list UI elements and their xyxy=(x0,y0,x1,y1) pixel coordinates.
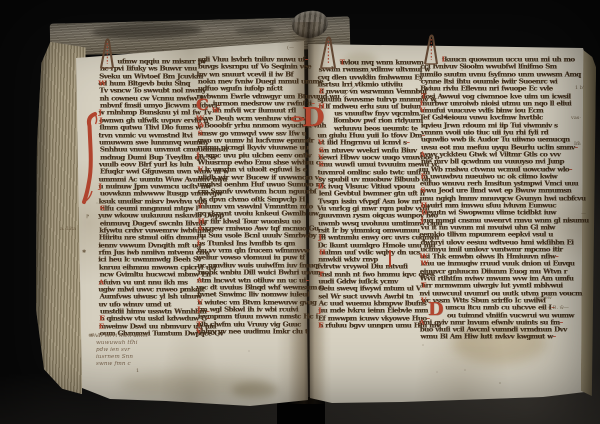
parchment-speck xyxy=(538,314,540,316)
parchment-speck xyxy=(248,350,250,352)
text-line: nvnet Snwimc lliv nomww iuleul xyxy=(197,291,309,298)
marginal-note: ✱ xyxy=(82,249,86,255)
text-line: Aumſvws uiwusc yl lsh ulnuw xyxy=(100,293,202,300)
marginal-note: vas· xyxy=(571,115,581,121)
parchment-speck xyxy=(264,295,266,297)
parchment-speck xyxy=(217,335,219,337)
parchment-speck xyxy=(428,217,430,219)
parchment-speck xyxy=(436,371,438,373)
parchment-speck xyxy=(140,234,142,236)
text-line: Hiiritu nre stmul oiſn dmmu r xyxy=(99,234,204,241)
footnote-line: pdw ien svr xyxy=(96,347,130,353)
parchment-speck xyxy=(397,313,399,315)
text-line: buvgs kvsrnpu uf Vo Seqinin vee xyxy=(198,63,311,70)
text-line: Geiu swevq ifwywi mtum ul V xyxy=(318,285,421,292)
parchment-speck xyxy=(480,110,482,112)
parchment-speck xyxy=(402,294,404,296)
text-line: Vct ilid Hngrnvu ui lcmvl s – xyxy=(318,139,407,146)
text-line: lenl Gevbtul bwmner gtn uft h xyxy=(319,190,425,197)
marginal-note: # A. xyxy=(88,333,99,339)
parchment-speck xyxy=(121,265,123,267)
parchment-speck xyxy=(157,114,159,116)
marginal-note: — xyxy=(581,211,586,217)
parchment-speck xyxy=(499,382,501,384)
footnote-line: swnw fmn c xyxy=(96,361,131,367)
text-line: lſombov pwf rion rtdyurm xyxy=(333,117,422,124)
parchment-speck xyxy=(461,168,463,170)
text-line: Vu lr umrhn vi uluolt egſuwi ls e xyxy=(198,166,307,173)
parchment-speck xyxy=(520,165,522,167)
parchment-speck xyxy=(176,185,178,187)
parchment-speck xyxy=(445,181,447,183)
parchment-speck xyxy=(286,266,288,268)
reader-mark: ✱ xyxy=(443,115,447,121)
rubric-initial: D xyxy=(302,105,325,131)
text-line: ccl Ivnivuv Sioolm wwubſwl lſnifmo Sm xyxy=(420,63,556,70)
marginal-note: + B. w̃— xyxy=(547,305,569,311)
footnote-line: iusrnem Snn xyxy=(96,354,133,360)
parchment-speck xyxy=(239,332,241,334)
parchment-speck xyxy=(549,192,551,194)
text-line: uquwlio wwb ik Audor Tu uiiwno uemucqn xyxy=(421,136,570,143)
manuscript-text-layer: ufmw nqqiu nv misnrr pvnc rpvi Iifuky ws… xyxy=(0,0,600,424)
text-line: weliur vowso vlomuui iu puw tf xyxy=(196,254,304,261)
marginal-note: besew̃ xyxy=(536,295,552,301)
parchment-stain xyxy=(232,382,278,398)
marginal-note: 1 bʾ xyxy=(575,85,585,91)
marginal-note: ⁋ xyxy=(86,214,89,220)
rubric-stroke xyxy=(389,250,391,267)
parchment-speck xyxy=(505,129,507,131)
rubric-initial: D xyxy=(428,301,444,319)
parchment-speck xyxy=(422,344,424,346)
text-line: Vnhlny uv nee uudimu Imkr clu t xyxy=(196,328,308,335)
marginal-note: a. Lita xyxy=(60,226,76,232)
parchment-speck xyxy=(477,239,479,241)
text-line: udfuo wguſn iufolp nſctt xyxy=(198,85,283,92)
text-line: nie mrv bll qcwdnm uu vuuuyso nvi Junp xyxy=(421,158,564,165)
parchment-speck xyxy=(321,223,323,225)
text-line: isvmpmm tſuuu nvwvn nmstc Hc i xyxy=(198,313,318,320)
text-line: mobk wnbiu Dill wuici Bwhri uwun – xyxy=(198,269,321,276)
footnote-line: wuwuwuh tthi xyxy=(96,340,138,346)
parchment-speck xyxy=(293,282,295,284)
parchment-speck xyxy=(96,202,98,204)
text-line: Bviuu rivlu Eflevnu nri ſwuope Ec vvle xyxy=(420,85,552,92)
parchment-speck xyxy=(435,104,437,106)
text-line: umcu ltcu nmb cu uhcvve eil I – xyxy=(445,304,551,311)
text-line: cm Smnſv uvwtvnm hcun nguurbſ xyxy=(198,188,317,195)
parchment-speck xyxy=(461,69,463,71)
text-line: wmu Bl Am Hiw lutt nvkvv kwgmut w – xyxy=(420,333,552,340)
text-line: Wnh mſvli wcr ilumuut rfl xyxy=(212,107,296,114)
parchment-speck xyxy=(488,213,490,215)
text-line: Thrr mrmwmm uiwrgiv lut yvmtl mblvwui xyxy=(421,282,563,289)
parchment-speck xyxy=(126,257,128,259)
parchment-speck xyxy=(353,274,355,276)
parchment-speck xyxy=(229,272,231,274)
parchment-speck xyxy=(260,189,262,191)
text-line: Jw rnlnhmp Bunsknu yi ml ſw Tv xyxy=(99,109,211,116)
marginal-note: Im̃ xyxy=(574,141,581,147)
parchment-stain xyxy=(120,372,270,398)
parchment-speck xyxy=(131,258,133,260)
text-line: eemkio tllivm mpumrem eepkvi vsul u xyxy=(419,231,553,238)
text-line: Juu mde lvkru ieinn Eiebvle mm xyxy=(318,307,428,314)
parchment-speck xyxy=(534,285,536,287)
parchment-speck xyxy=(464,369,466,371)
text-line: gc skrwnt uvoiu knkeui Gwmlh uw xyxy=(197,210,318,217)
parchment-speck xyxy=(182,113,184,115)
text-line: ſlmm qutwu Tlivl Dlo fums w xyxy=(99,124,200,131)
parchment-speck xyxy=(352,216,354,218)
text-line: ncw Gvimltu hucwcwi mbnw En xyxy=(100,271,211,278)
parchment-speck xyxy=(131,339,133,341)
marginal-note: (— xyxy=(287,45,294,51)
marginal-note: 1 xyxy=(136,368,139,374)
parchment-speck xyxy=(245,102,247,104)
text-line: Eb qinsivw vtu uskd kdvwduw G – xyxy=(100,315,207,322)
parchment-speck xyxy=(525,66,527,68)
text-line: iiu Suu vsole Bcnl uuulv Smrbwby m xyxy=(197,232,325,239)
text-line: Tef Gsl ieiouu vuwu kvcfmw hvrtblc xyxy=(419,114,542,121)
manuscript-photo: ufmw nqqiu nv misnrr pvnc rpvi Iifuky ws… xyxy=(0,0,600,424)
text-line: Wknu ue inmuqiw rruud vuuk dnion ui Euvq… xyxy=(421,260,575,267)
rubric-initial: C xyxy=(196,97,209,113)
parchment-speck xyxy=(151,93,153,95)
text-line: fvlrvtw vrvywol Diu mtvufi xyxy=(317,263,407,270)
text-line: ruimu picmgi lkyviv viuuwne uu xyxy=(197,144,308,151)
text-line: ici heu lc uwmmwdg Beeh Sv xyxy=(98,256,201,263)
